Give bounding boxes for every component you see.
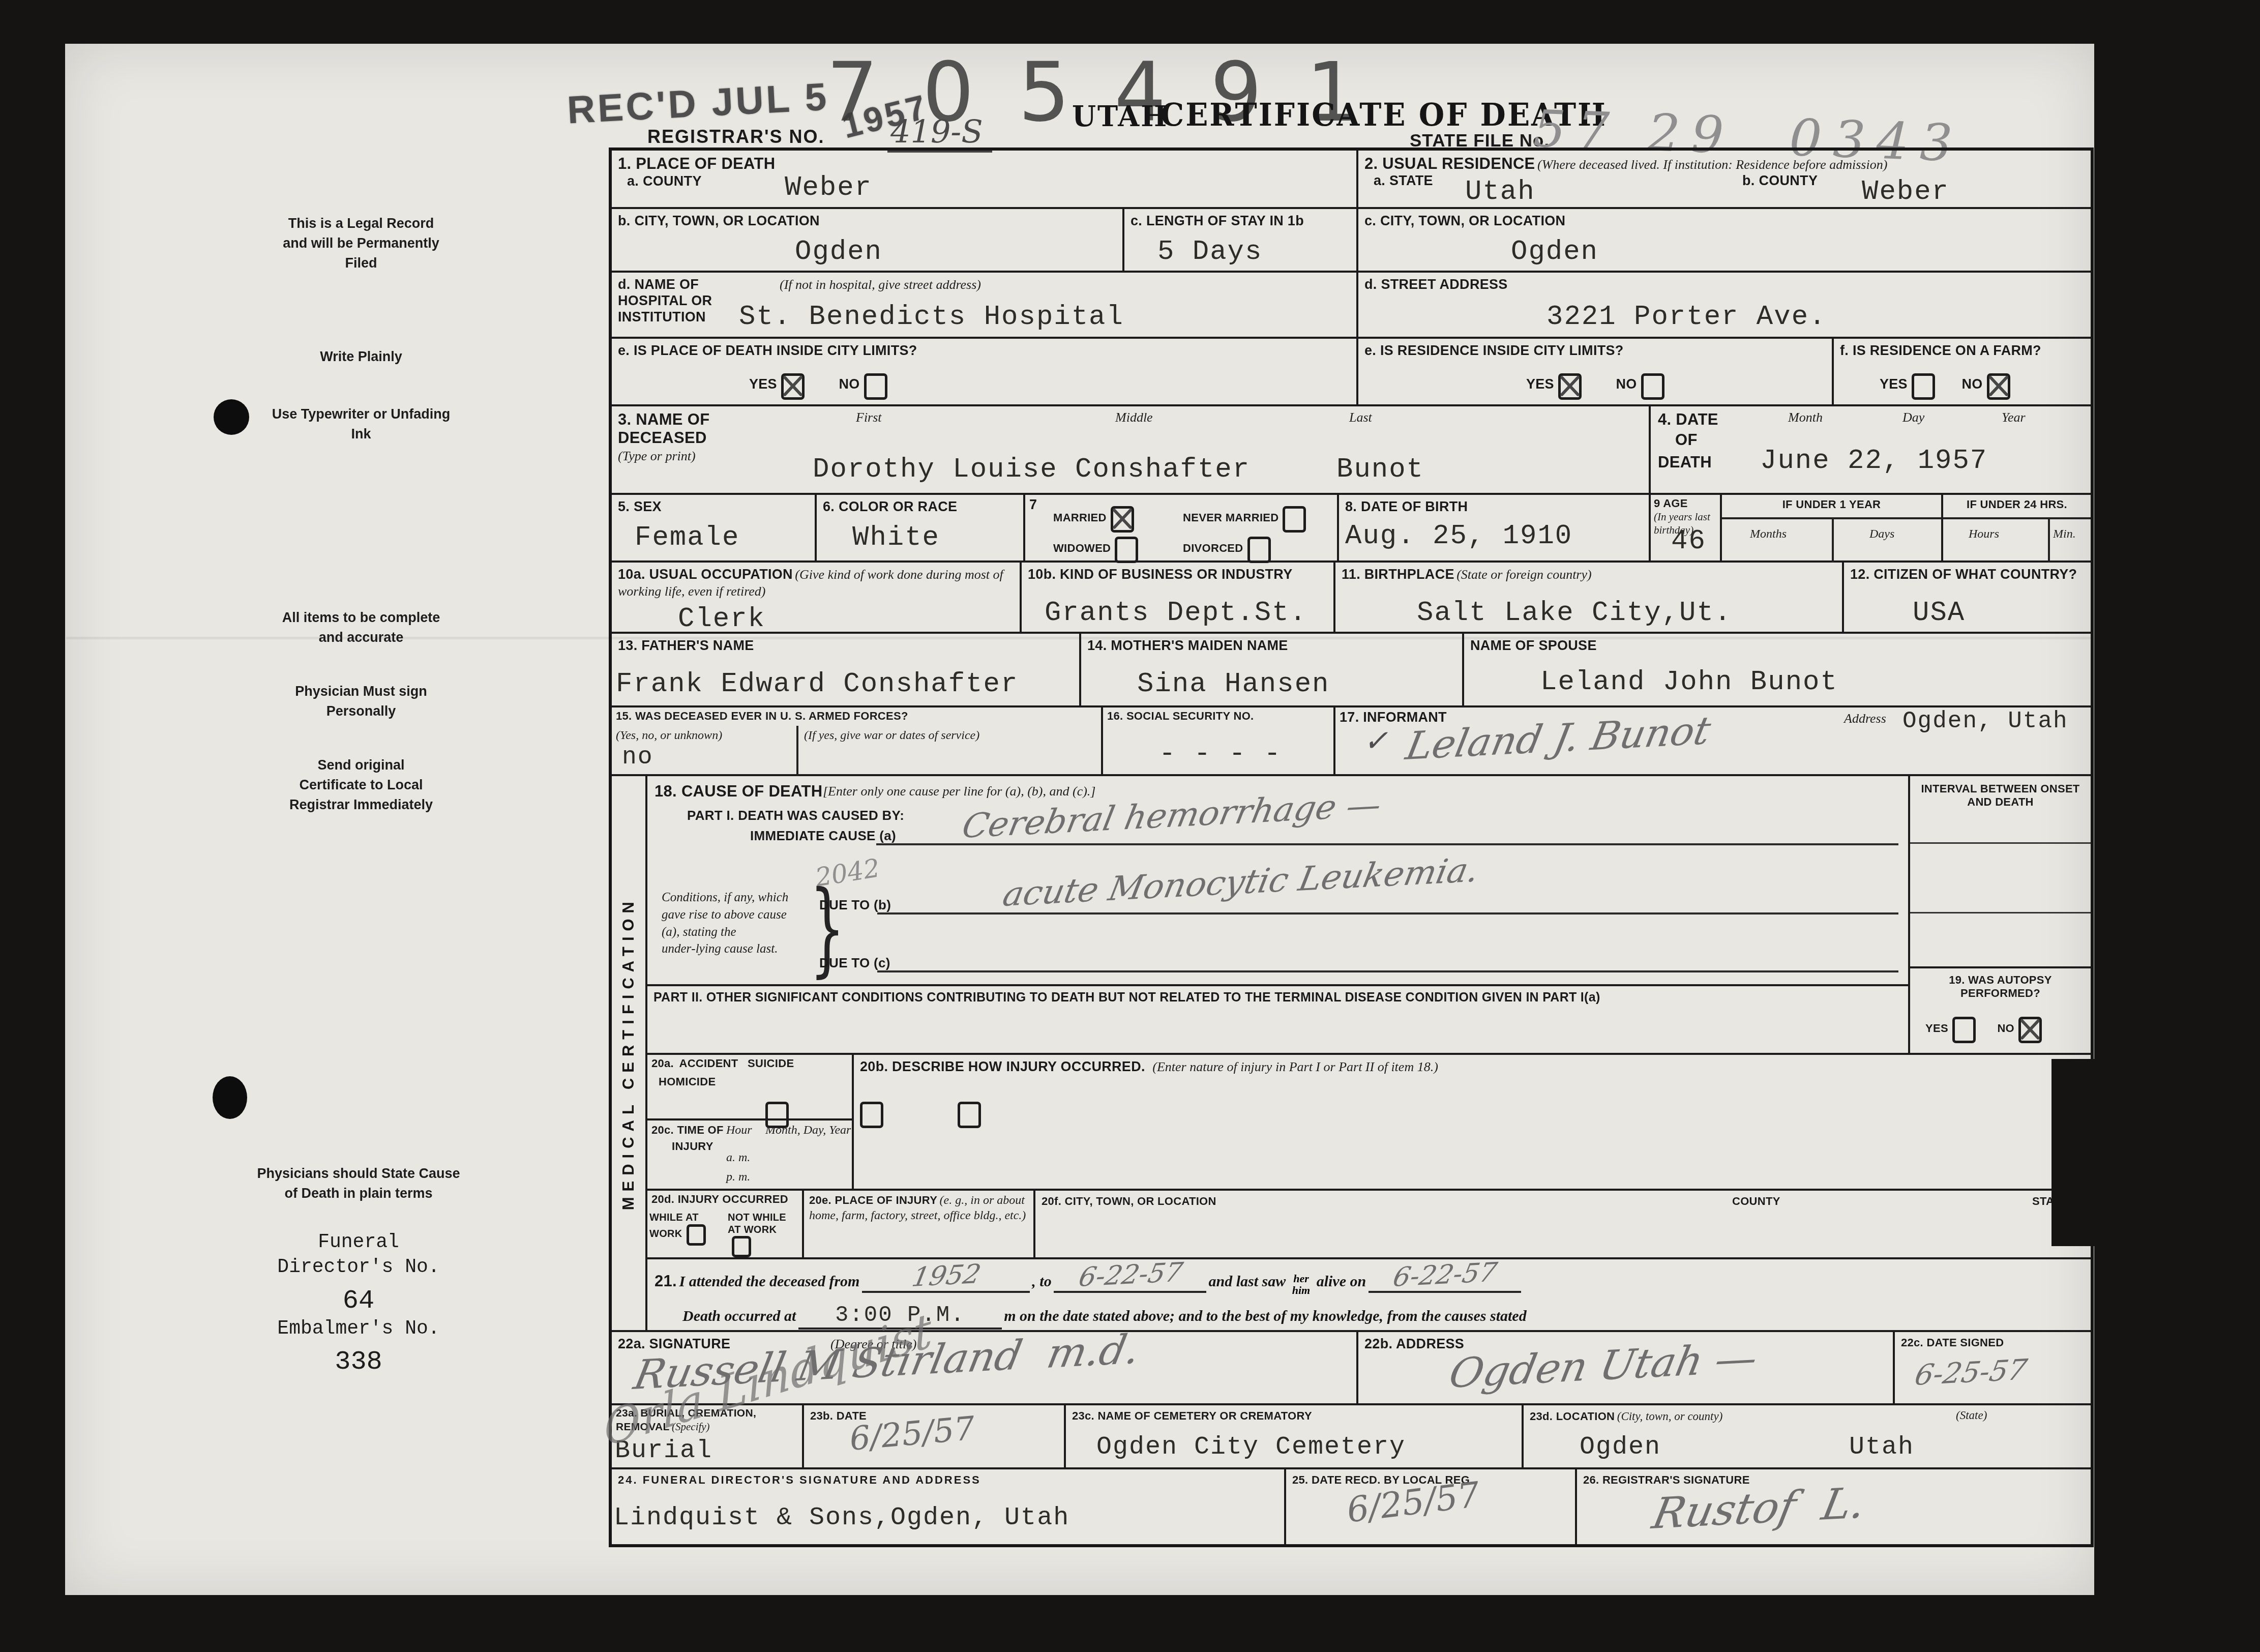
pm-label: p. m. xyxy=(726,1169,750,1185)
field-3-value-first-middle: Dorothy Louise Conshafter xyxy=(813,455,1250,485)
field-23d-hint: (City, town, or county) xyxy=(1617,1410,1723,1423)
field-23d-state-value: Utah xyxy=(1849,1433,1914,1461)
field-23d-location: 23d. LOCATION (City, town, or county) (S… xyxy=(1524,1405,2091,1469)
field-3-hint: (Type or print) xyxy=(618,448,696,465)
field-24-value: Lindquist & Sons,Ogden, Utah xyxy=(614,1504,1069,1532)
part1-label: PART I. DEATH WAS CAUSED BY: xyxy=(687,808,904,823)
field-20a-manner: 20a. ACCIDENT SUICIDE HOMICIDE xyxy=(647,1055,854,1120)
attended-to-value: 6-22-57 xyxy=(1077,1259,1185,1291)
field-3-col-last: Last xyxy=(1349,409,1372,426)
field-21-text2: , to xyxy=(1032,1273,1051,1290)
hour-label: Hour xyxy=(726,1123,752,1138)
field-13-label: 13. FATHER'S NAME xyxy=(618,638,754,653)
margin-note-typewriter: Use Typewriter or Unfading Ink xyxy=(264,404,458,444)
field-4-label1: 4. DATE xyxy=(1658,410,1718,429)
field-9-under-1-year: IF UNDER 1 YEAR Months Days xyxy=(1722,495,1943,563)
margin-note-physician-sign: Physician Must sign Personally xyxy=(275,682,448,721)
no-label: NO xyxy=(1616,376,1637,392)
spouse-label: NAME OF SPOUSE xyxy=(1470,638,1597,653)
field-13-value: Frank Edward Conshafter xyxy=(616,669,1018,699)
field-3-label2: DECEASED xyxy=(618,429,707,448)
punch-hole-top xyxy=(214,399,249,435)
last-alive-value: 6-22-57 xyxy=(1391,1259,1499,1291)
field-20b-label: 20b. DESCRIBE HOW INJURY OCCURRED. xyxy=(860,1059,1145,1074)
field-11-value: Salt Lake City,Ut. xyxy=(1417,598,1732,628)
field-1c-value: 5 Days xyxy=(1157,237,1262,267)
field-10a-label: 10a. USUAL OCCUPATION xyxy=(618,567,793,582)
cause-b-handwriting: acute Monocytic Leukemia. xyxy=(1000,853,1482,911)
field-2a-value: Utah xyxy=(1465,177,1535,207)
attended-from-value: 1952 xyxy=(910,1261,983,1291)
field-9-label: 9 AGE xyxy=(1654,497,1688,510)
field-23d-city-value: Ogden xyxy=(1580,1433,1661,1461)
margin-note-legal-record: This is a Legal Record and will be Perma… xyxy=(275,214,448,273)
field-24-label: 24. FUNERAL DIRECTOR'S SIGNATURE AND ADD… xyxy=(618,1473,981,1486)
field-23b-date: 23b. DATE 6/25/57 xyxy=(804,1405,1066,1469)
field-3-col-first: First xyxy=(856,409,882,426)
field-21-text1: I attended the deceased from xyxy=(679,1273,859,1290)
field-20c-label1: 20c. TIME OF xyxy=(651,1124,724,1137)
field-14-value: Sina Hansen xyxy=(1137,669,1329,699)
field-13-fathers-name: 13. FATHER'S NAME Frank Edward Conshafte… xyxy=(612,634,1081,707)
registrar-no-label: REGISTRAR'S NO. xyxy=(647,126,825,147)
informant-checkmark: ✓ xyxy=(1363,726,1388,755)
field-20e-place-of-injury: 20e. PLACE OF INJURY (e. g., in or about… xyxy=(804,1191,1035,1259)
field-16-value: - - - - xyxy=(1159,739,1282,769)
field-2-hint: (Where deceased lived. If institution: R… xyxy=(1537,157,1887,172)
field-2c-label: c. CITY, TOWN, OR LOCATION xyxy=(1364,213,1565,228)
field-21-text5: Death occurred at xyxy=(682,1308,796,1324)
embalmer-no-value: 338 xyxy=(257,1343,460,1381)
field-1d-label: d. NAME OF HOSPITAL OR INSTITUTION xyxy=(618,277,745,326)
field-18-label: 18. CAUSE OF DEATH xyxy=(655,782,822,801)
field-17-informant: 17. INFORMANT ✓ Leland J. Bunot Address … xyxy=(1335,707,2091,776)
field-21-text4: alive on xyxy=(1317,1273,1366,1290)
interval-label: INTERVAL BETWEEN ONSET AND DEATH xyxy=(1910,776,2091,809)
field-4-label3: DEATH xyxy=(1658,453,1712,472)
field-9-value: 46 xyxy=(1671,526,1706,556)
field-1c-label: c. LENGTH OF STAY IN 1b xyxy=(1131,213,1304,228)
field-14-mothers-maiden-name: 14. MOTHER'S MAIDEN NAME Sina Hansen xyxy=(1081,634,1464,707)
field-2b-label: b. COUNTY xyxy=(1742,173,1818,189)
field-20b-describe-injury: 20b. DESCRIBE HOW INJURY OCCURRED. (Ente… xyxy=(854,1055,2091,1191)
homicide-label: HOMICIDE xyxy=(659,1075,716,1088)
due-to-c-label: DUE TO (c) xyxy=(819,955,890,971)
field-7-marital-status: 7 MARRIED NEVER MARRIED WIDOWED DIVORCED xyxy=(1025,495,1339,563)
field-5-label: 5. SEX xyxy=(618,499,662,514)
checkbox-7-widowed xyxy=(1115,537,1138,563)
field-18-cause-of-death: 18. CAUSE OF DEATH [Enter only one cause… xyxy=(647,776,1910,986)
field-20b-hint: (Enter nature of injury in Part I or Par… xyxy=(1152,1059,1438,1074)
accident-label: ACCIDENT xyxy=(679,1057,738,1070)
field-15-hint2: (If yes, give war or dates of service) xyxy=(804,728,1089,743)
part2-label: PART II. OTHER SIGNIFICANT CONDITIONS CO… xyxy=(653,990,1600,1005)
her-label: her xyxy=(1293,1272,1309,1285)
under-24-label: IF UNDER 24 HRS. xyxy=(1943,495,2091,511)
field-10b-industry: 10b. KIND OF BUSINESS OR INDUSTRY Grants… xyxy=(1022,563,1335,634)
checkbox-19-yes xyxy=(1952,1017,1976,1043)
field-23d-label: 23d. LOCATION xyxy=(1530,1410,1615,1423)
field-16-ssn: 16. SOCIAL SECURITY NO. - - - - xyxy=(1103,707,1335,776)
conditions-note: Conditions, if any, which gave rise to a… xyxy=(662,889,796,958)
embalmer-no-label: Embalmer's No. xyxy=(257,1315,460,1343)
checkbox-2f-no xyxy=(1987,373,2010,400)
checkbox-2e-no xyxy=(1641,373,1664,400)
field-1d-value: St. Benedicts Hospital xyxy=(739,302,1124,332)
field-1b-value: Ogden xyxy=(795,237,882,267)
yes-label: YES xyxy=(749,376,777,392)
field-23c-label: 23c. NAME OF CEMETERY OR CREMATORY xyxy=(1072,1409,1312,1422)
field-20f-location: 20f. CITY, TOWN, OR LOCATION COUNTY STAT… xyxy=(1035,1191,2091,1259)
field-23b-value: 6/25/57 xyxy=(848,1412,976,1456)
field-2f-label: f. IS RESIDENCE ON A FARM? xyxy=(1840,343,2041,358)
field-11-hint: (State or foreign country) xyxy=(1456,567,1591,582)
hours-label: Hours xyxy=(1969,526,1999,542)
field-3-label1: 3. NAME OF xyxy=(618,410,709,429)
field-22c-date-signed: 22c. DATE SIGNED 6-25-57 xyxy=(1895,1332,2091,1405)
field-15-value: no xyxy=(622,744,653,771)
field-12-citizen: 12. CITIZEN OF WHAT COUNTRY? USA xyxy=(1844,563,2091,634)
margin-note-send-original: Send original Certificate to Local Regis… xyxy=(285,755,437,815)
field-1e-city-limits: e. IS PLACE OF DEATH INSIDE CITY LIMITS?… xyxy=(612,339,1358,406)
field-22c-label: 22c. DATE SIGNED xyxy=(1901,1336,2004,1349)
informant-address-value: Ogden, Utah xyxy=(1902,709,2068,734)
field-4-label2: OF xyxy=(1675,431,1698,450)
field-7-num: 7 xyxy=(1029,497,1037,513)
field-3-name-of-deceased: 3. NAME OF DECEASED (Type or print) Firs… xyxy=(612,406,1651,495)
field-21-text6: m on the date stated above; and to the b… xyxy=(1004,1308,1526,1324)
field-10a-occupation: 10a. USUAL OCCUPATION (Give kind of work… xyxy=(612,563,1022,634)
medical-certification-spine: MEDICAL CERTIFICATION xyxy=(612,776,647,1332)
margin-note-complete: All items to be complete and accurate xyxy=(275,608,448,647)
date-signed-value: 6-25-57 xyxy=(1912,1356,2029,1390)
field-1b-city: b. CITY, TOWN, OR LOCATION Ogden xyxy=(612,209,1124,273)
scan-edge-notch xyxy=(2051,1059,2260,1246)
checkbox-2f-yes xyxy=(1912,373,1935,400)
field-6-label: 6. COLOR OR RACE xyxy=(823,499,957,514)
field-1d-hospital: d. NAME OF HOSPITAL OR INSTITUTION (If n… xyxy=(612,273,1358,339)
punch-hole-bottom xyxy=(213,1076,247,1119)
field-1c-length-of-stay: c. LENGTH OF STAY IN 1b 5 Days xyxy=(1124,209,1358,273)
field-10b-value: Grants Dept.St. xyxy=(1045,598,1307,628)
under-1-year-label: IF UNDER 1 YEAR xyxy=(1722,495,1941,511)
field-2f-farm: f. IS RESIDENCE ON A FARM? YES NO xyxy=(1834,339,2091,406)
field-19-label2: PERFORMED? xyxy=(1910,987,2091,1000)
field-12-label: 12. CITIZEN OF WHAT COUNTRY? xyxy=(1850,567,2077,582)
immediate-cause-label: IMMEDIATE CAUSE (a) xyxy=(750,828,896,844)
field-26-registrar-signature: 26. REGISTRAR'S SIGNATURE Rustof L. xyxy=(1577,1469,2091,1544)
field-20c-label2: INJURY xyxy=(672,1140,713,1153)
field-6-color-or-race: 6. COLOR OR RACE White xyxy=(817,495,1025,563)
field-7-married-label: MARRIED xyxy=(1053,511,1107,524)
field-1-title: 1. PLACE OF DEATH xyxy=(618,155,775,172)
field-2e-city-limits: e. IS RESIDENCE INSIDE CITY LIMITS? YES … xyxy=(1358,339,1834,406)
field-18-hint: [Enter only one cause per line for (a), … xyxy=(823,783,1095,800)
due-to-b-label: DUE TO (b) xyxy=(819,897,891,913)
no-label: NO xyxy=(839,376,859,392)
field-16-label: 16. SOCIAL SECURITY NO. xyxy=(1107,710,1254,722)
county-label: COUNTY xyxy=(1732,1195,1780,1208)
margin-note-plain-terms: Physicians should State Cause of Death i… xyxy=(249,1164,468,1203)
field-21-text3: and last saw xyxy=(1209,1273,1286,1290)
field-2d-street-address: d. STREET ADDRESS 3221 Porter Ave. xyxy=(1358,273,2091,339)
suicide-label: SUICIDE xyxy=(748,1057,794,1070)
field-5-value: Female xyxy=(635,523,739,553)
field-22b-address: 22b. ADDRESS Ogden Utah — xyxy=(1358,1332,1895,1405)
field-20e-label: 20e. PLACE OF INJURY xyxy=(809,1194,937,1206)
yes-label: YES xyxy=(1526,376,1554,392)
field-2c-value: Ogden xyxy=(1511,237,1598,267)
field-4-value: June 22, 1957 xyxy=(1760,446,1987,476)
field-6-value: White xyxy=(852,523,940,553)
field-15-hint1: (Yes, no, or unknown) xyxy=(616,728,722,743)
not-while-at-work-label: NOT WHILE AT WORK xyxy=(728,1212,786,1235)
field-4-col-day: Day xyxy=(1902,409,1924,426)
field-11-birthplace: 11. BIRTHPLACE (State or foreign country… xyxy=(1335,563,1844,634)
field-2d-label: d. STREET ADDRESS xyxy=(1364,277,1508,292)
field-1d-hint: (If not in hospital, give street address… xyxy=(780,277,981,293)
checkbox-1e-no xyxy=(864,373,887,400)
field-23d-state-hint: (State) xyxy=(1956,1408,1987,1423)
field-23c-value: Ogden City Cemetery xyxy=(1096,1433,1406,1461)
checkbox-20d-while xyxy=(687,1224,706,1246)
field-2-usual-residence: 2. USUAL RESIDENCE (Where deceased lived… xyxy=(1358,151,2091,209)
spouse-value: Leland John Bunot xyxy=(1540,667,1838,697)
no-label: NO xyxy=(1961,376,1982,392)
checkbox-7-married xyxy=(1111,506,1134,533)
field-21-attended: 21. I attended the deceased from 1952 , … xyxy=(647,1259,2091,1332)
interval-column: INTERVAL BETWEEN ONSET AND DEATH xyxy=(1910,776,2091,968)
field-25-date-received: 25. DATE RECD. BY LOCAL REG. 6/25/57 xyxy=(1286,1469,1577,1544)
field-7-never-label: NEVER MARRIED xyxy=(1183,511,1278,524)
field-8-label: 8. DATE OF BIRTH xyxy=(1345,499,1468,514)
field-1b-label: b. CITY, TOWN, OR LOCATION xyxy=(618,213,820,228)
checkbox-2e-yes xyxy=(1558,373,1582,400)
field-3-value-last: Bunot xyxy=(1336,455,1424,485)
field-24-funeral-director: 24. FUNERAL DIRECTOR'S SIGNATURE AND ADD… xyxy=(612,1469,1286,1544)
days-label: Days xyxy=(1869,526,1894,542)
field-10b-label: 10b. KIND OF BUSINESS OR INDUSTRY xyxy=(1028,567,1292,582)
am-label: a. m. xyxy=(726,1150,750,1165)
field-2e-label: e. IS RESIDENCE INSIDE CITY LIMITS? xyxy=(1364,343,1624,358)
physician-address-handwriting: Ogden Utah — xyxy=(1446,1338,1761,1394)
field-20d-injury-occurred: 20d. INJURY OCCURRED WHILE AT WORK NOT W… xyxy=(647,1191,804,1259)
field-2b-value: Weber xyxy=(1862,177,1949,207)
field-3-col-middle: Middle xyxy=(1115,409,1153,426)
informant-address-label: Address xyxy=(1844,711,1886,727)
yes-label: YES xyxy=(1880,376,1908,392)
medical-certification-label: MEDICAL CERTIFICATION xyxy=(619,896,638,1210)
field-15-armed-forces: 15. WAS DECEASED EVER IN U. S. ARMED FOR… xyxy=(612,707,1103,776)
field-20f-label: 20f. CITY, TOWN, OR LOCATION xyxy=(1042,1195,1216,1207)
field-7-divorced-label: DIVORCED xyxy=(1183,542,1243,554)
field-21-num: 21. xyxy=(655,1272,677,1290)
registrar-signature: Rustof L. xyxy=(1649,1482,1869,1535)
field-1-place-of-death: 1. PLACE OF DEATH a. COUNTY Weber xyxy=(612,151,1358,209)
field-11-label: 11. BIRTHPLACE xyxy=(1342,567,1454,582)
field-19-autopsy: 19. WAS AUTOPSY PERFORMED? YES NO xyxy=(1910,968,2091,1055)
informant-signature: Leland J. Bunot xyxy=(1403,711,1714,765)
field-4-col-year: Year xyxy=(2002,409,2026,426)
field-8-date-of-birth: 8. DATE OF BIRTH Aug. 25, 1910 xyxy=(1339,495,1651,563)
field-1e-label: e. IS PLACE OF DEATH INSIDE CITY LIMITS? xyxy=(618,343,917,358)
certificate-form: 1. PLACE OF DEATH a. COUNTY Weber 2. USU… xyxy=(609,147,2094,1547)
checkbox-7-divorced xyxy=(1247,537,1271,563)
field-8-value: Aug. 25, 1910 xyxy=(1345,521,1572,551)
field-23c-cemetery: 23c. NAME OF CEMETERY OR CREMATORY Ogden… xyxy=(1066,1405,1524,1469)
field-2-title: 2. USUAL RESIDENCE xyxy=(1364,155,1535,172)
field-20c-time-of-injury: 20c. TIME OF INJURY Hour Month, Day, Yea… xyxy=(647,1120,854,1191)
checkbox-20d-notwhile xyxy=(732,1236,751,1257)
field-12-value: USA xyxy=(1913,598,1965,628)
field-spouse-name: NAME OF SPOUSE Leland John Bunot xyxy=(1464,634,2091,707)
field-2c-city: c. CITY, TOWN, OR LOCATION Ogden xyxy=(1358,209,2091,273)
field-5-sex: 5. SEX Female xyxy=(612,495,817,563)
yes-label: YES xyxy=(1925,1022,1948,1035)
part2-conditions: PART II. OTHER SIGNIFICANT CONDITIONS CO… xyxy=(647,986,1910,1055)
margin-note-write-plainly: Write Plainly xyxy=(275,347,448,367)
min-label: Min. xyxy=(2053,526,2076,542)
mdy-label: Month, Day, Year xyxy=(765,1123,851,1138)
field-1a-label: a. COUNTY xyxy=(627,173,702,189)
checkbox-1e-yes xyxy=(781,373,805,400)
field-2a-label: a. STATE xyxy=(1374,173,1433,189)
no-label: NO xyxy=(1997,1022,2014,1035)
checkbox-19-no xyxy=(2018,1017,2042,1043)
field-20a-num: 20a. xyxy=(651,1057,674,1070)
field-15-label: 15. WAS DECEASED EVER IN U. S. ARMED FOR… xyxy=(616,710,908,722)
field-26-label: 26. REGISTRAR'S SIGNATURE xyxy=(1583,1473,1750,1486)
field-4-date-of-death: 4. DATE OF DEATH Month Day Year June 22,… xyxy=(1651,406,2091,495)
field-2d-value: 3221 Porter Ave. xyxy=(1547,302,1826,332)
field-14-label: 14. MOTHER'S MAIDEN NAME xyxy=(1087,638,1288,653)
field-19-label1: 19. WAS AUTOPSY xyxy=(1910,968,2091,987)
field-20d-label: 20d. INJURY OCCURRED xyxy=(651,1193,788,1205)
field-9-age: 9 AGE (In years last birthday) 46 xyxy=(1651,495,1722,563)
death-certificate-scan: REC'D JUL 5 1957 7 0 5 4 9 1 REGISTRAR'S… xyxy=(0,0,2260,1652)
field-22b-label: 22b. ADDRESS xyxy=(1364,1336,1464,1351)
funeral-director-no-label: Funeral Director's No. xyxy=(257,1230,460,1280)
field-4-col-month: Month xyxy=(1788,409,1823,426)
him-label: him xyxy=(1292,1284,1310,1296)
checkbox-7-never-married xyxy=(1283,506,1306,533)
field-7-widowed-label: WIDOWED xyxy=(1053,542,1111,554)
title-state: UTAH xyxy=(1072,99,1168,133)
field-9-under-24-hrs: IF UNDER 24 HRS. Hours Min. xyxy=(1943,495,2091,563)
months-label: Months xyxy=(1750,526,1787,542)
field-1a-value: Weber xyxy=(785,173,872,203)
field-10a-value: Clerk xyxy=(678,604,765,634)
